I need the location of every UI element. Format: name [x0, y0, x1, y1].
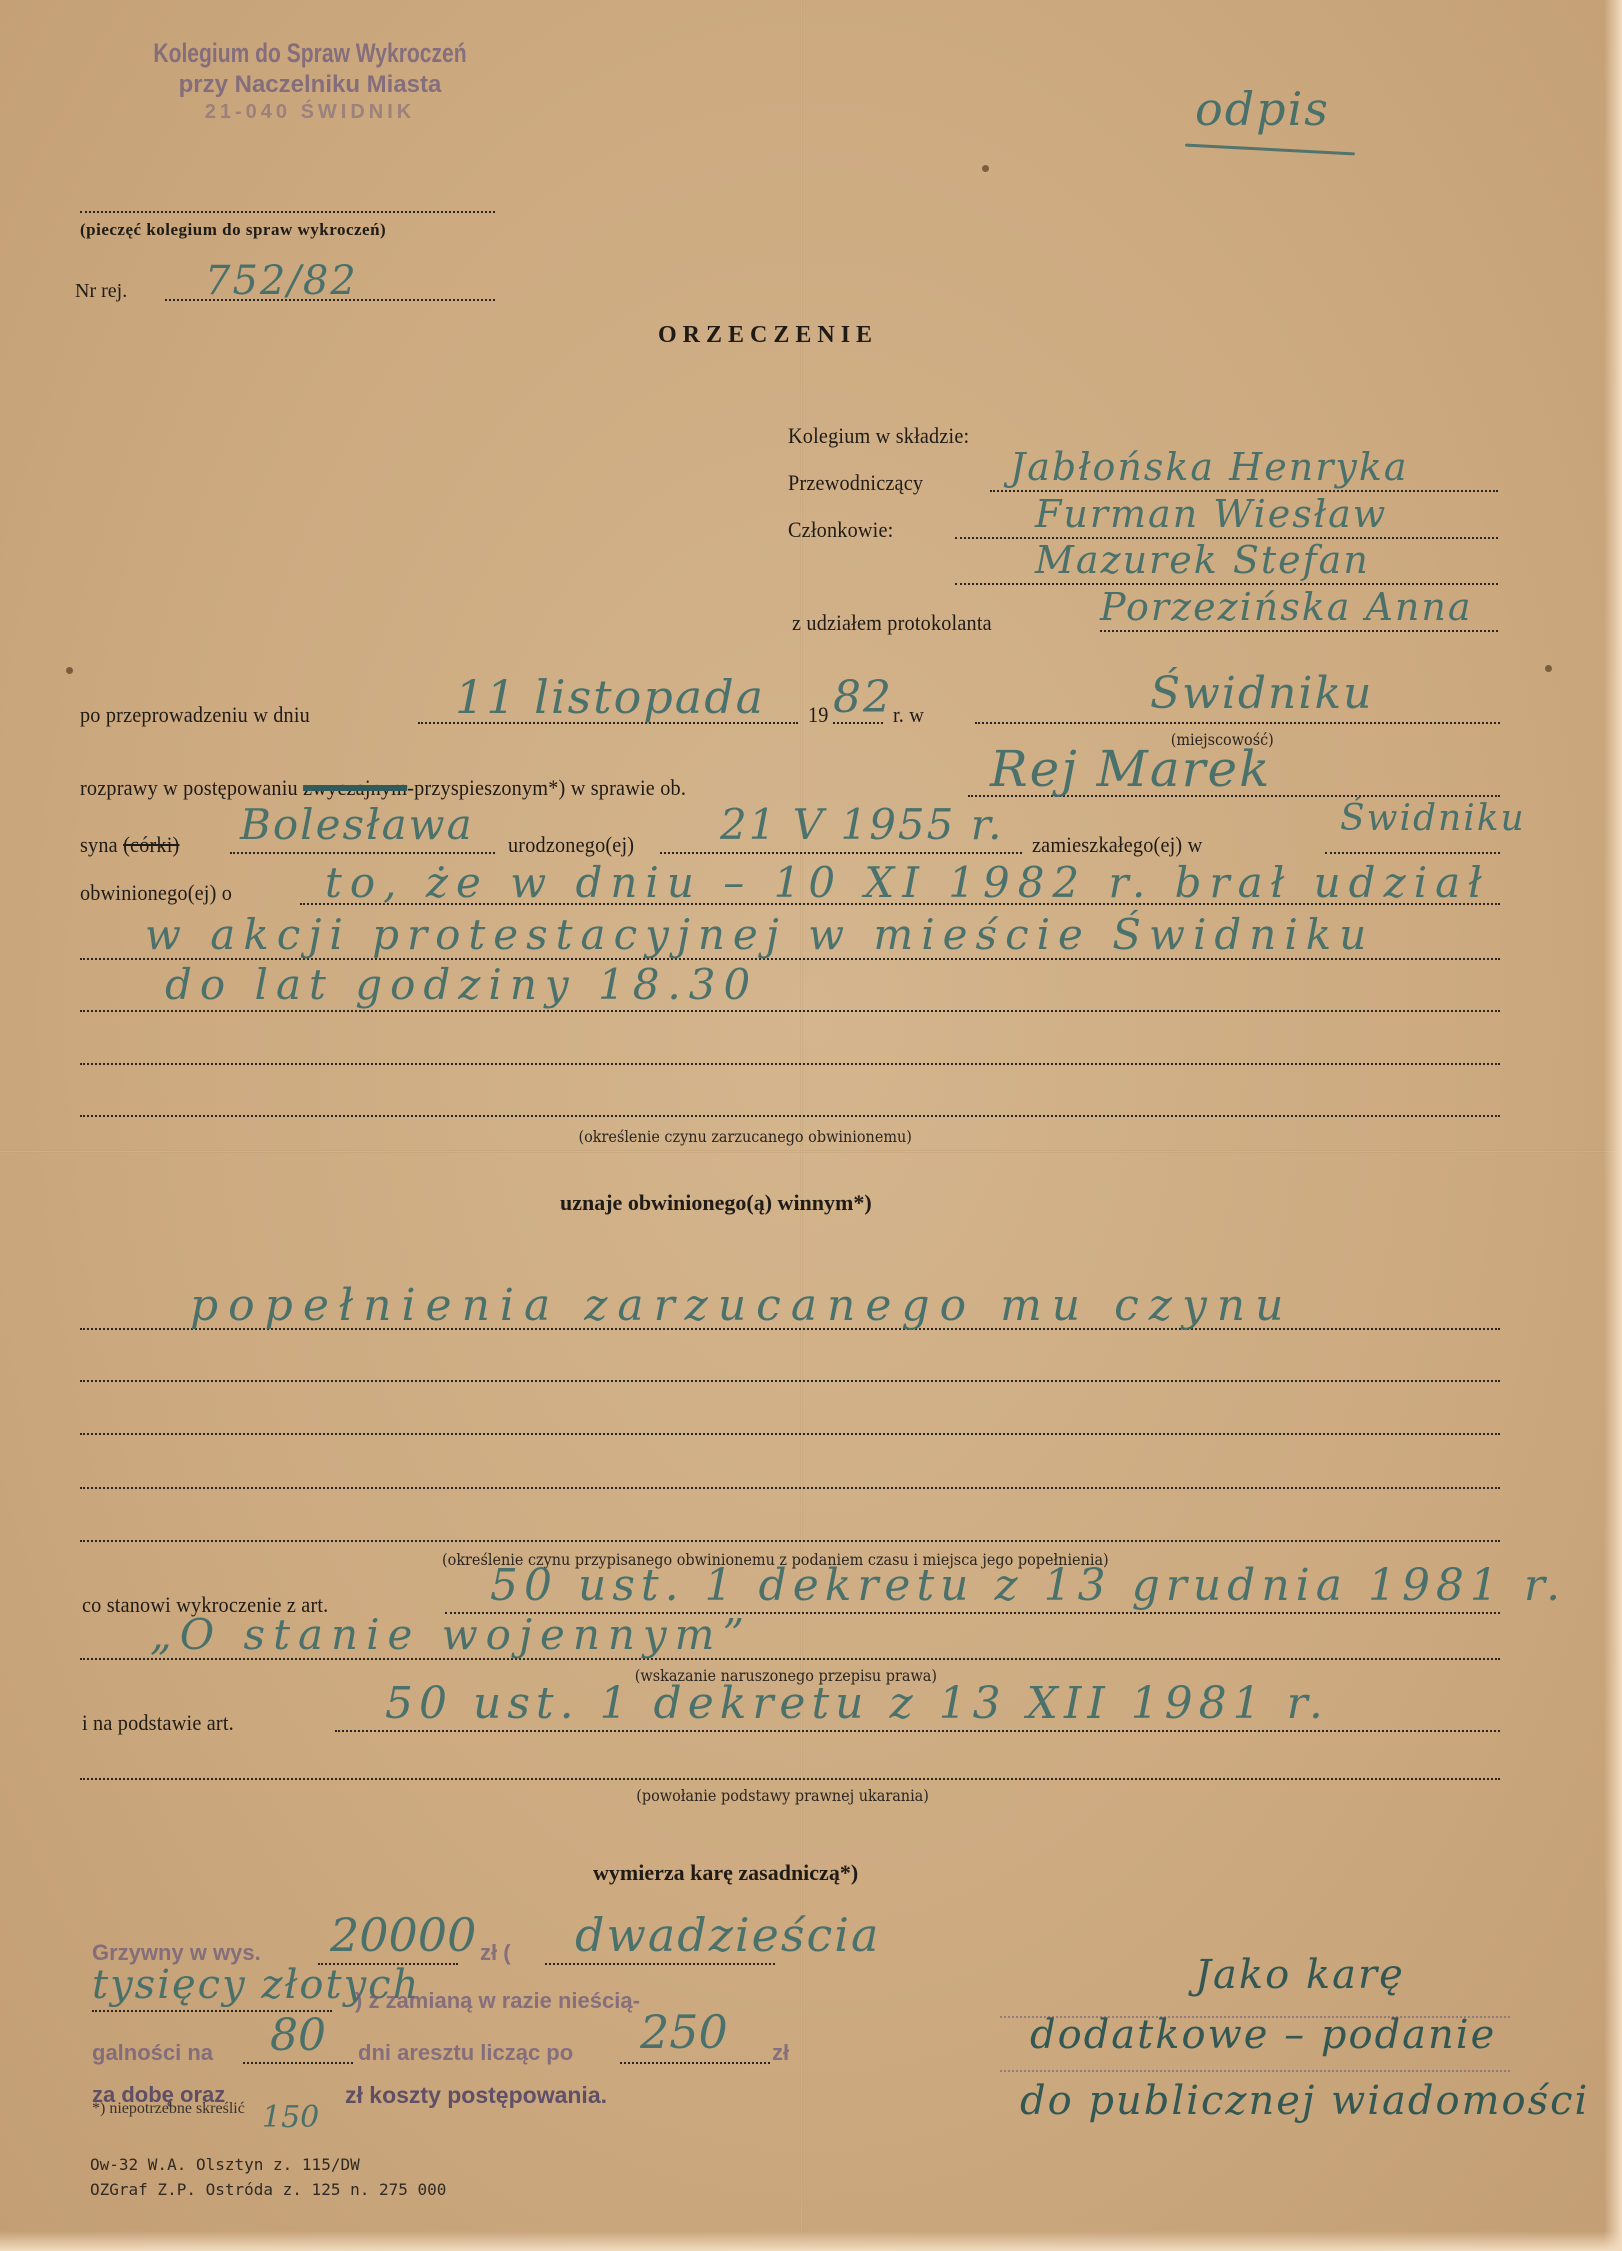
rate-field[interactable] [620, 2062, 770, 2064]
days-label: galności na [92, 2040, 213, 2066]
stamp-line-2: przy Naczelniku Miasta [100, 71, 520, 99]
defendant-value: Rej Marek [990, 740, 1271, 798]
verdict-line-1: popełnienia zarzucanego mu czynu [190, 1280, 1293, 1331]
proceeding-kept: -przyspieszonym*) w sprawie ob. [407, 775, 686, 800]
paper-speck [982, 165, 989, 172]
charge-field-3[interactable] [80, 1010, 1500, 1012]
born-field[interactable] [660, 852, 1022, 854]
charge-line-2: w akcji protestacyjnej w mieście Świdnik… [145, 910, 1374, 959]
charge-line-3: do lat godziny 18.30 [165, 960, 758, 1009]
clerk-label: z udziałem protokolanta [792, 610, 992, 636]
father-value: Bolesława [240, 800, 474, 849]
copy-annotation-underline [1185, 144, 1355, 156]
members-label: Członkowie: [788, 517, 893, 543]
institution-stamp: Kolegium do Spraw Wykroczeń przy Naczeln… [100, 38, 520, 124]
copy-annotation: odpis [1195, 82, 1330, 136]
reg-label: Nr rej. [75, 280, 127, 303]
fine-currency: zł ( [480, 1940, 511, 1966]
reg-value: 752/82 [205, 258, 358, 304]
footnote: *) niepotrzebne skreślić [92, 2100, 245, 2118]
year-value: 82 [833, 672, 893, 723]
penalty-heading: wymierza karę zasadniczą*) [593, 1860, 858, 1886]
accused-label: obwinionego(ej) o [80, 880, 232, 906]
chair-label: Przewodniczący [788, 470, 923, 496]
basis-label: i na podstawie art. [82, 1710, 234, 1736]
substitute-text: ) z zamianą w razie nieścią- [355, 1988, 640, 2014]
stamp-caption: (pieczęć kolegium do spraw wykroczeń) [80, 220, 386, 240]
costs-value: 150 [262, 2100, 319, 2135]
paper-fold-horizontal [0, 1150, 1622, 1153]
offence-line-1: 50 ust. 1 dekretu z 13 grudnia 1981 r. [490, 1560, 1566, 1611]
verdict-field-4[interactable] [80, 1487, 1500, 1489]
basis-field-2[interactable] [80, 1778, 1500, 1780]
days-value: 80 [270, 2010, 326, 2061]
verdict-field-3[interactable] [80, 1433, 1500, 1435]
fine-words-field[interactable] [545, 1963, 775, 1965]
print-info-2: OZGraf Z.P. Ostróda z. 125 n. 275 000 [90, 2180, 446, 2199]
fine-value: 20000 [330, 1908, 476, 1962]
stamp-dotted-line [80, 211, 495, 213]
proceeding-label-text: rozprawy w postępowaniu [80, 775, 298, 800]
paper-edge-right [1604, 0, 1622, 2251]
date-label: po przeprowadzeniu w dniu [80, 702, 310, 728]
charge-field-5[interactable] [80, 1115, 1500, 1117]
proceeding-struck: zwyczajnym [303, 775, 407, 800]
charge-caption: (określenie czynu zarzucanego obwinionem… [579, 1127, 912, 1146]
son-label-text: syna [80, 832, 118, 857]
basis-caption: (powołanie podstawy prawnej ukarania) [636, 1786, 929, 1805]
verdict-heading: uznaje obwinionego(ą) winnym*) [560, 1190, 872, 1216]
resident-label: zamieszkałego(ej) w [1032, 832, 1202, 858]
paper-edge-bottom [0, 2231, 1622, 2251]
rate-value: 250 [640, 2005, 728, 2059]
proceeding-label: rozprawy w postępowaniu zwyczajnym-przys… [80, 775, 686, 801]
rate-currency: zł [772, 2040, 789, 2066]
place-field[interactable] [975, 722, 1500, 724]
date-value: 11 listopada [455, 670, 765, 724]
offence-line-2: „O stanie wojennym” [150, 1610, 752, 1659]
clerk-value: Porzezińska Anna [1100, 585, 1473, 629]
days-text: dni aresztu licząc po [358, 2040, 573, 2066]
member1-value: Furman Wiesław [1035, 492, 1387, 536]
member2-value: Mazurek Stefan [1035, 538, 1370, 582]
additional-note-1: Jako karę [1195, 1952, 1405, 1998]
born-value: 21 V 1955 r. [720, 800, 1004, 849]
page-title: ORZECZENIE [658, 322, 878, 349]
stamp-line-3: 21-040 ŚWIDNIK [100, 101, 520, 124]
print-info-1: Ow-32 W.A. Olsztyn z. 115/DW [90, 2155, 360, 2174]
resident-value: Świdniku [1340, 798, 1526, 839]
days-field[interactable] [243, 2062, 353, 2064]
costs-text: zł koszty postępowania. [345, 2082, 607, 2109]
verdict-field-2[interactable] [80, 1380, 1500, 1382]
charge-field-4[interactable] [80, 1063, 1500, 1065]
born-label: urodzonego(ej) [508, 832, 634, 858]
year-suffix: r. w [893, 702, 924, 728]
paper-speck [66, 667, 73, 674]
additional-note-2: dodatkowe – podanie [1030, 2012, 1496, 2058]
stamp-line-1: Kolegium do Spraw Wykroczeń [146, 38, 474, 69]
paper-speck [1545, 665, 1552, 672]
year-prefix: 19 [808, 702, 829, 728]
additional-note-3: do publicznej wiadomości [1020, 2078, 1589, 2124]
verdict-field-5[interactable] [80, 1540, 1500, 1542]
resident-field[interactable] [1325, 852, 1500, 854]
fine-words-1: dwadzieścia [575, 1908, 880, 1962]
place-value: Świdniku [1150, 668, 1373, 719]
basis-line-1: 50 ust. 1 dekretu z 13 XII 1981 r. [385, 1678, 1329, 1729]
charge-line-1: to, że w dniu – 10 XI 1982 r. brał udzia… [325, 858, 1490, 907]
daughter-struck: (córki) [123, 832, 179, 857]
clerk-field[interactable] [1100, 630, 1498, 632]
panel-intro: Kolegium w składzie: [788, 423, 969, 449]
son-label: syna (córki) [80, 832, 179, 858]
basis-field-1[interactable] [335, 1730, 1500, 1732]
chair-value: Jabłońska Henryka [1010, 445, 1409, 489]
additional-field-2[interactable] [1000, 2070, 1510, 2072]
father-field[interactable] [230, 852, 495, 854]
